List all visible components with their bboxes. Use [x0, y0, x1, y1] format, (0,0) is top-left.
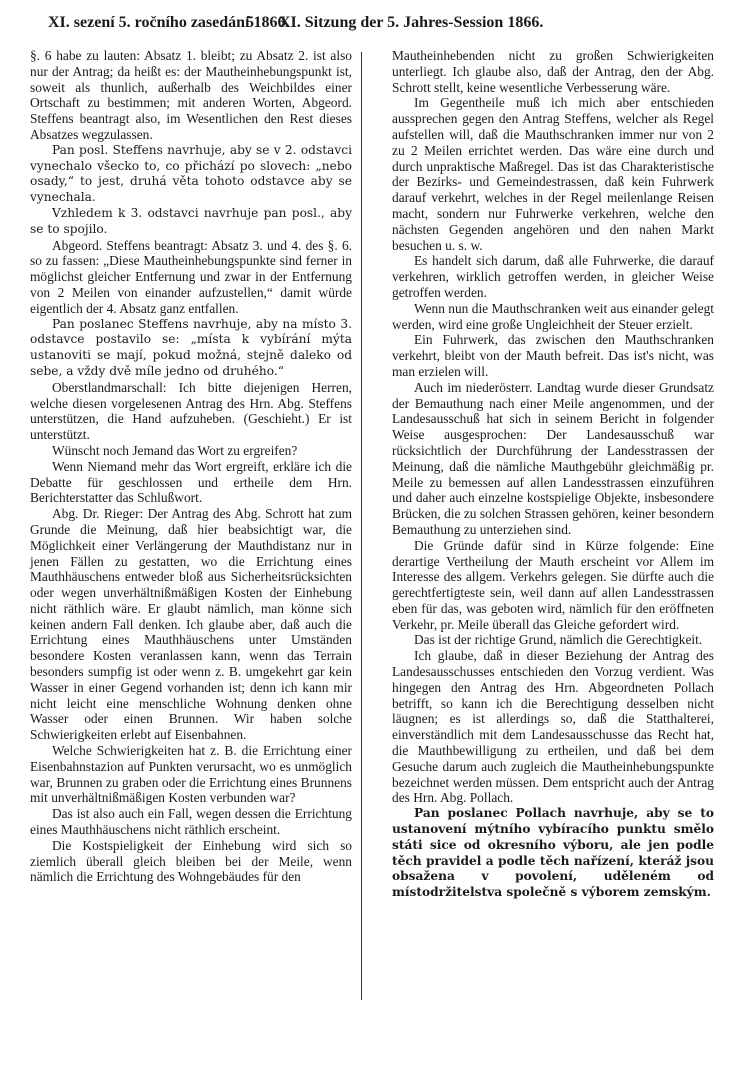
- paragraph-czech: Pan poslanec Pollach navrhuje, aby se to…: [392, 806, 714, 901]
- page-number: 5: [246, 14, 254, 32]
- paragraph: Mautheinhebenden nicht zu großen Schwier…: [392, 48, 714, 95]
- paragraph: §. 6 habe zu lauten: Absatz 1. bleibt; z…: [30, 48, 352, 143]
- paragraph: Das ist also auch ein Fall, wegen dessen…: [30, 806, 352, 838]
- page-header: XI. sezení 5. ročního zasedání 1866. 5 X…: [0, 14, 750, 36]
- paragraph: Wünscht noch Jemand das Wort zu ergreife…: [30, 443, 352, 459]
- paragraph: Ich glaube, daß in dieser Beziehung der …: [392, 648, 714, 806]
- paragraph: Es handelt sich darum, daß alle Fuhrwerk…: [392, 253, 714, 300]
- paragraph: Die Gründe dafür sind in Kürze folgende:…: [392, 538, 714, 633]
- paragraph-czech: Pan poslanec Steffens navrhuje, aby na m…: [30, 317, 352, 380]
- column-divider: [361, 52, 362, 1000]
- paragraph: Abgeord. Steffens beantragt: Absatz 3. u…: [30, 238, 352, 317]
- paragraph-speaker-rieger: Abg. Dr. Rieger: Der Antrag des Abg. Sch…: [30, 506, 352, 743]
- paragraph: Ein Fuhrwerk, das zwischen den Mauthschr…: [392, 332, 714, 379]
- paragraph: Das ist der richtige Grund, nämlich die …: [392, 632, 714, 648]
- right-column: Mautheinhebenden nicht zu großen Schwier…: [392, 48, 714, 901]
- paragraph: Auch im niederösterr. Landtag wurde dies…: [392, 380, 714, 538]
- left-column: §. 6 habe zu lauten: Absatz 1. bleibt; z…: [30, 48, 352, 885]
- header-german-title: XI. Sitzung der 5. Jahres-Session 1866.: [279, 14, 543, 32]
- paragraph: Wenn nun die Mauthschranken weit aus ein…: [392, 301, 714, 333]
- paragraph-czech: Pan posl. Steffens navrhuje, aby se v 2.…: [30, 143, 352, 206]
- paragraph-czech: Vzhledem k 3. odstavci navrhuje pan posl…: [30, 206, 352, 238]
- paragraph: Wenn Niemand mehr das Wort ergreift, erk…: [30, 459, 352, 506]
- paragraph: Die Kostspieligkeit der Einhebung wird s…: [30, 838, 352, 885]
- paragraph: Welche Schwierigkeiten hat z. B. die Err…: [30, 743, 352, 806]
- paragraph: Im Gegentheile muß ich mich aber entschi…: [392, 95, 714, 253]
- paragraph-speaker-oberstlandmarschall: Oberstlandmarschall: Ich bitte diejenige…: [30, 380, 352, 443]
